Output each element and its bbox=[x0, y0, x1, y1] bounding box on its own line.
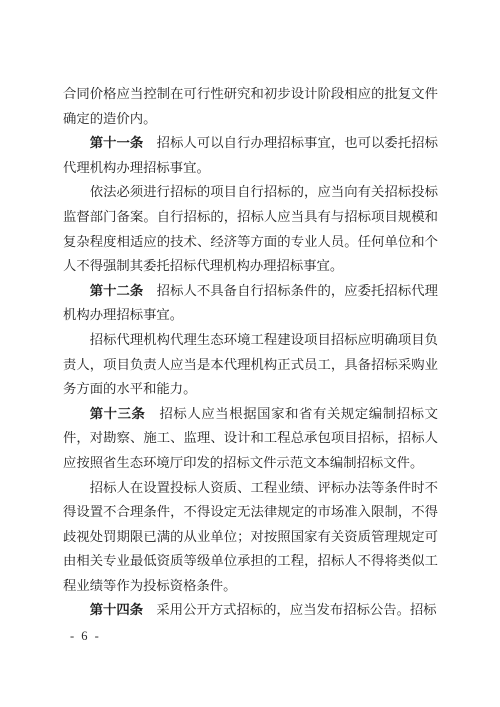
paragraph: 第十三条 招标人应当根据国家和省有关规定编制招标文件，对勘察、施工、监理、设计和… bbox=[63, 402, 438, 476]
paragraph-text: 合同价格应当控制在可行性研究和初步设计阶段相应的批复文件确定的造价内。 bbox=[63, 86, 438, 126]
paragraph: 招标代理机构代理生态环境工程建设项目招标应明确项目负责人，项目负责人应当是本代理… bbox=[63, 328, 438, 402]
paragraph: 第十四条 采用公开方式招标的，应当发布招标公告。招标 bbox=[63, 598, 438, 623]
paragraph-text: 招标代理机构代理生态环境工程建设项目招标应明确项目负责人，项目负责人应当是本代理… bbox=[63, 332, 438, 396]
page-number: - 6 - bbox=[70, 624, 101, 649]
article-heading: 第十三条 bbox=[90, 406, 146, 421]
article-heading: 第十四条 bbox=[90, 602, 143, 617]
paragraph: 第十二条 招标人不具备自行招标条件的，应委托招标代理机构办理招标事宜。 bbox=[63, 279, 438, 328]
paragraph-text: 依法必须进行招标的项目自行招标的，应当向有关招标投标监督部门备案。自行招标的，招… bbox=[63, 184, 438, 273]
paragraph: 合同价格应当控制在可行性研究和初步设计阶段相应的批复文件确定的造价内。 bbox=[63, 82, 438, 131]
article-heading: 第十二条 bbox=[90, 283, 144, 298]
paragraph: 招标人在设置投标人资质、工程业绩、评标办法等条件时不得设置不合理条件，不得设定无… bbox=[63, 476, 438, 599]
paragraph: 第十一条 招标人可以自行办理招标事宜，也可以委托招标代理机构办理招标事宜。 bbox=[63, 131, 438, 180]
article-heading: 第十一条 bbox=[90, 135, 144, 150]
paragraph: 依法必须进行招标的项目自行招标的，应当向有关招标投标监督部门备案。自行招标的，招… bbox=[63, 180, 438, 278]
paragraph-text: 采用公开方式招标的，应当发布招标公告。招标 bbox=[143, 602, 437, 617]
document-body: 合同价格应当控制在可行性研究和初步设计阶段相应的批复文件确定的造价内。 第十一条… bbox=[63, 82, 438, 623]
document-page: 合同价格应当控制在可行性研究和初步设计阶段相应的批复文件确定的造价内。 第十一条… bbox=[0, 0, 500, 707]
paragraph-text: 招标人在设置投标人资质、工程业绩、评标办法等条件时不得设置不合理条件，不得设定无… bbox=[63, 480, 438, 593]
